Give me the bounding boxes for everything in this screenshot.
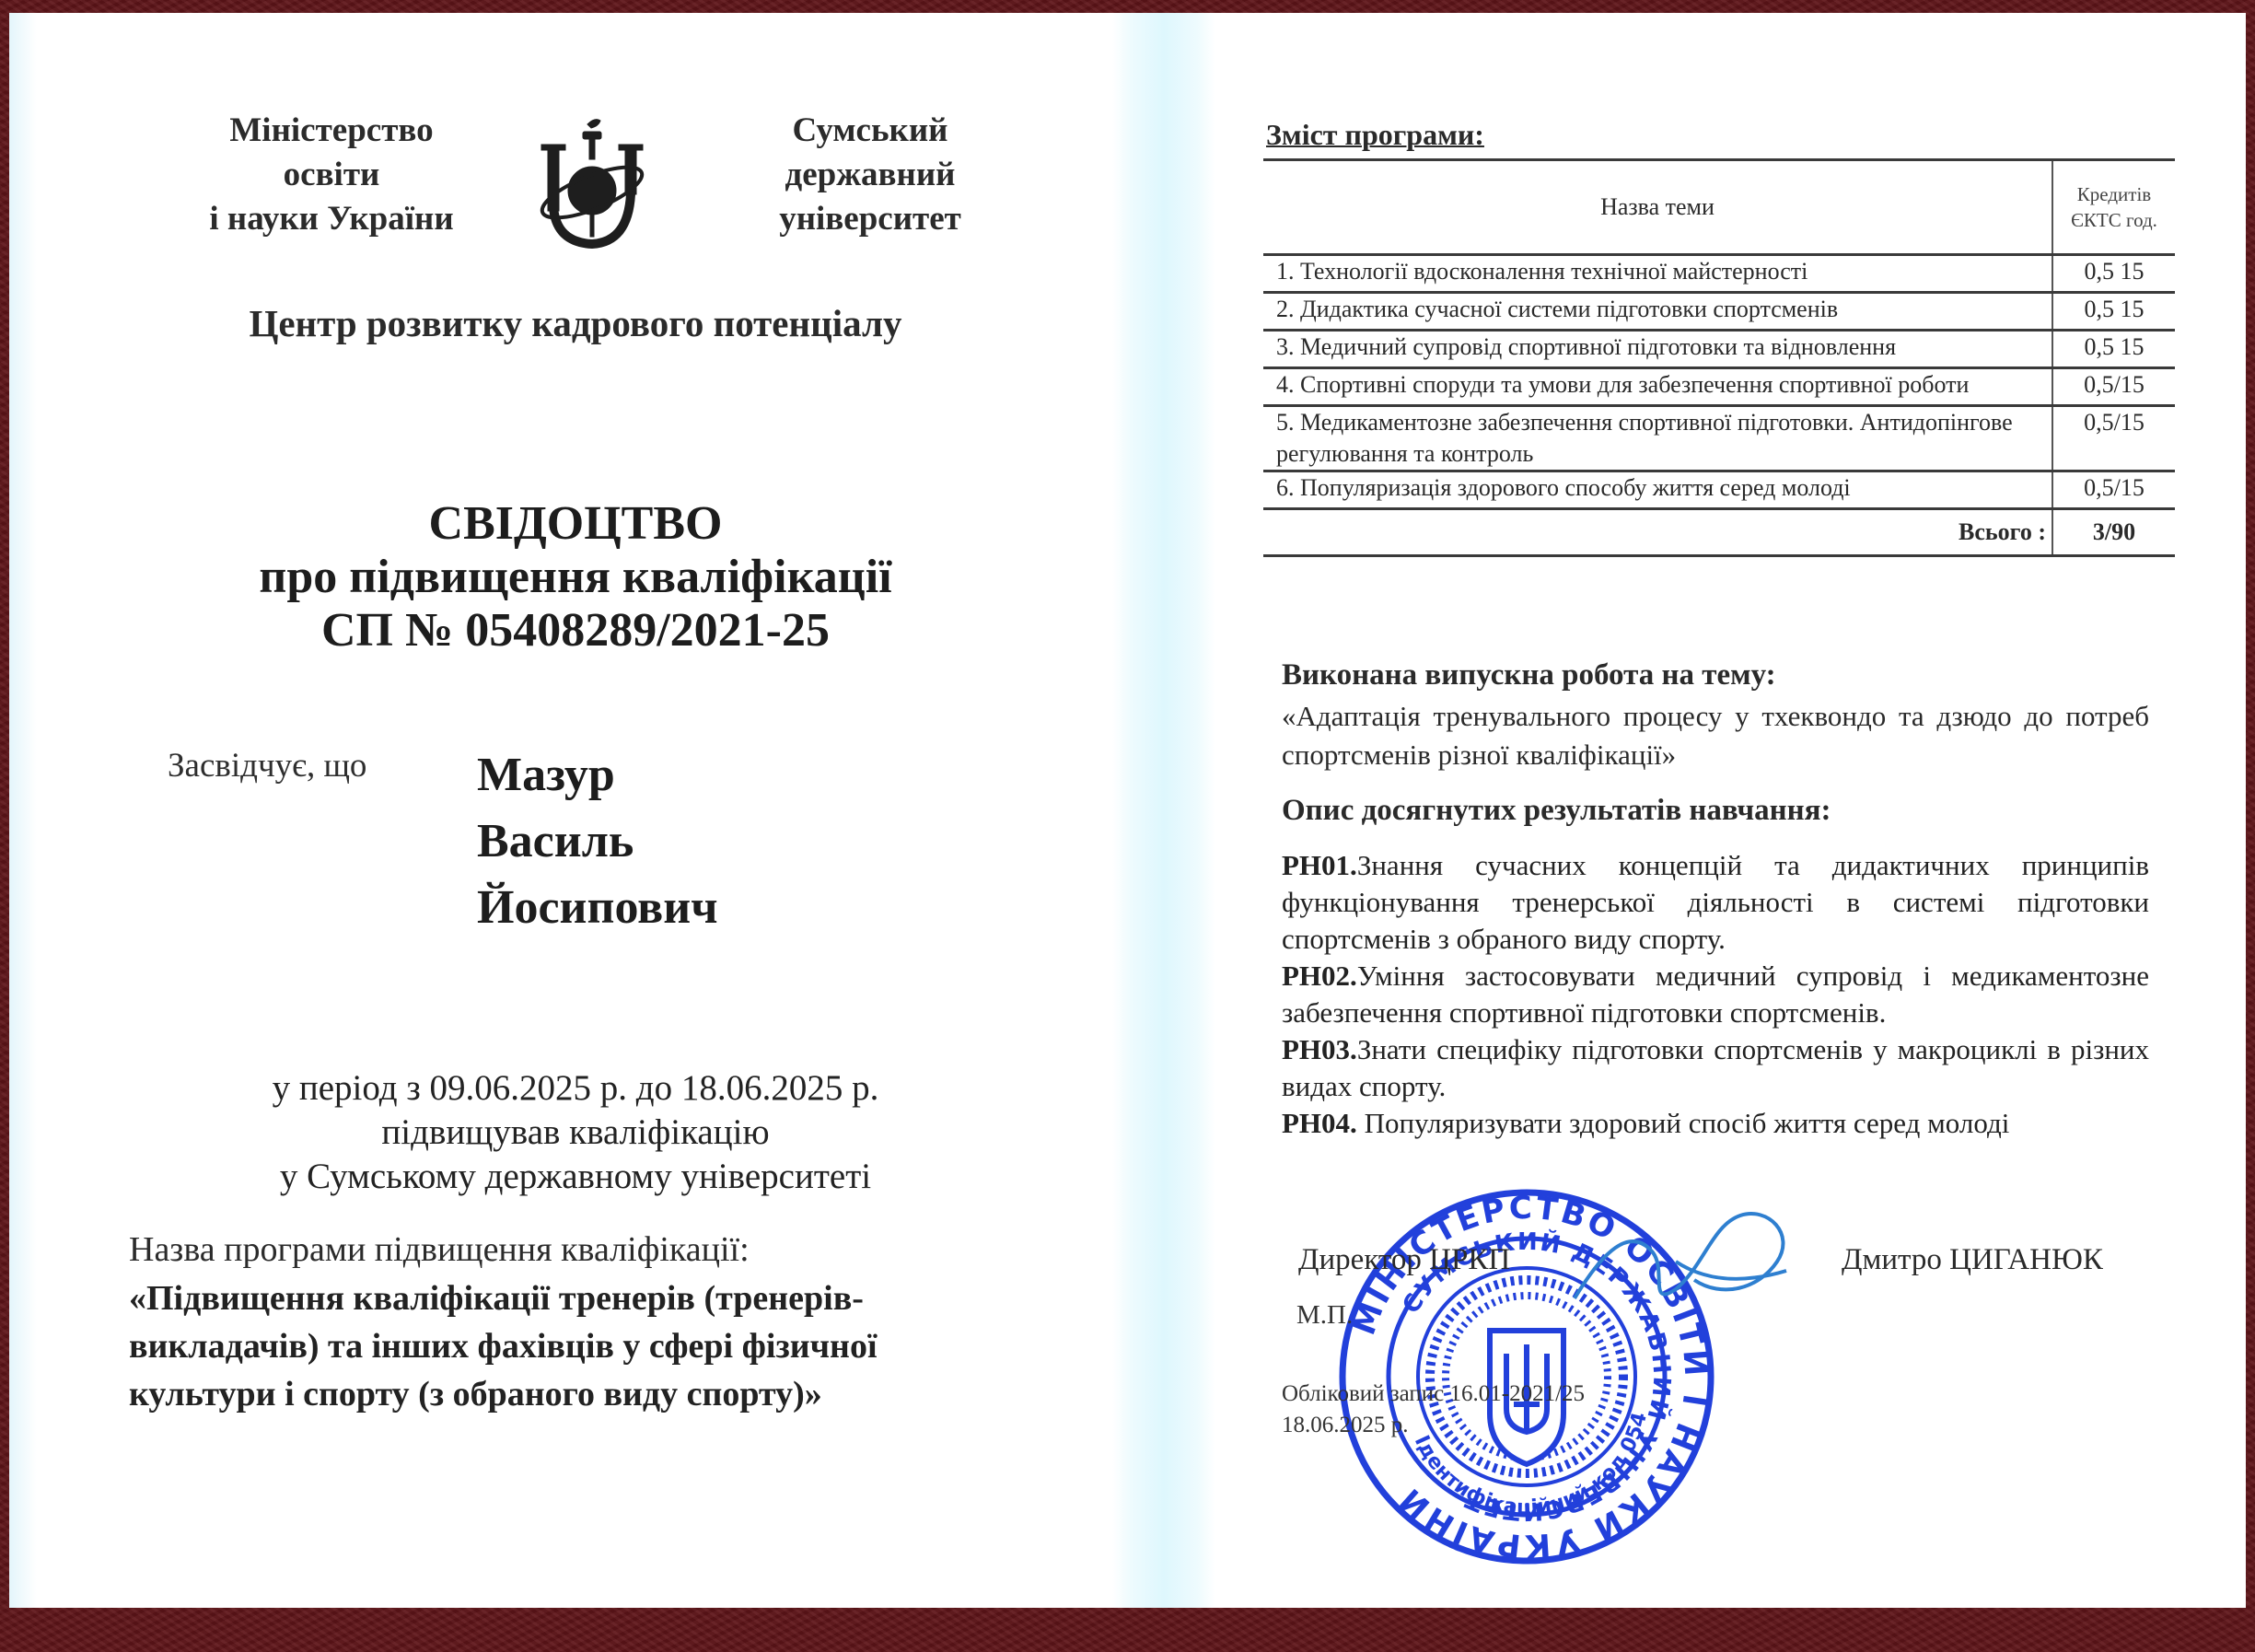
thesis-label: Виконана випускна робота на тему: (1282, 658, 1776, 692)
university-line: Сумський (727, 109, 1013, 153)
table-row: 2. Дидактика сучасної системи підготовки… (1263, 293, 2175, 331)
table-row: 5. Медикаментозне забезпечення спортивно… (1263, 406, 2175, 471)
signatory-name: Дмитро ЦИГАНЮК (1842, 1243, 2103, 1277)
result-item: РН04. Популяризувати здоровий спосіб жит… (1282, 1105, 2149, 1142)
table-header-row: Назва теми Кредитів ЄКТС год. (1263, 160, 2175, 255)
person-surname: Мазур (477, 742, 718, 809)
topic-cell: 1. Технології вдосконалення технічної ма… (1263, 255, 2052, 293)
credits-cell: 0,5 15 (2052, 331, 2175, 368)
result-code: РН04. (1282, 1107, 1357, 1139)
program-content-title: Зміст програми: (1266, 118, 1484, 152)
center-name: Центр розвитку кадрового потенціалу (138, 301, 1013, 345)
person-patronymic: Йосипович (477, 875, 718, 941)
credits-cell: 0,5/15 (2052, 406, 2175, 471)
signatory-role: Директор ЦРКП (1298, 1243, 1510, 1277)
table-row: 4. Спортивні споруди та умови для забезп… (1263, 368, 2175, 406)
results-label: Опис досягнутих результатів навчання: (1282, 794, 1831, 828)
ministry-header: Міністерство освіти і науки України (166, 109, 497, 241)
ministry-line: освіти (166, 153, 497, 197)
record-date: 18.06.2025 р. (1282, 1410, 1585, 1441)
record-number: Обліковий запис 16.01-2021/25 (1282, 1379, 1585, 1410)
total-value: 3/90 (2052, 509, 2175, 556)
period-dates: у період з 09.06.2025 р. до 18.06.2025 р… (166, 1066, 985, 1111)
period-action: підвищував кваліфікацію (166, 1111, 985, 1155)
table-row: 3. Медичний супровід спортивної підготов… (1263, 331, 2175, 368)
column-header-topic: Назва теми (1263, 160, 2052, 255)
topic-cell: 3. Медичний супровід спортивної підготов… (1263, 331, 2052, 368)
result-item: РН03.Знати специфіку підготовки спортсме… (1282, 1031, 2149, 1105)
result-text: Уміння застосовувати медичний супровід і… (1282, 960, 2149, 1029)
person-first-name: Василь (477, 809, 718, 875)
result-item: РН02.Уміння застосовувати медичний супро… (1282, 958, 2149, 1031)
certificate-title: СВІДОЦТВО про підвищення кваліфікації СП… (138, 497, 1013, 657)
program-label: Назва програми підвищення кваліфікації: (129, 1229, 750, 1270)
result-text: Знання сучасних концепцій та дидактичних… (1282, 849, 2149, 955)
topic-cell: 6. Популяризація здорового способу життя… (1263, 471, 2052, 509)
university-header: Сумський державний університет (727, 109, 1013, 241)
topic-cell: 4. Спортивні споруди та умови для забезп… (1263, 368, 2052, 406)
university-line: університет (727, 197, 1013, 241)
thesis-topic: «Адаптація тренувального процесу у тхекв… (1282, 697, 2149, 774)
certificate-heading: СВІДОЦТВО (138, 497, 1013, 551)
ministry-line: Міністерство (166, 109, 497, 153)
column-header-credits: Кредитів ЄКТС год. (2052, 160, 2175, 255)
university-line: державний (727, 153, 1013, 197)
page-edge-shadow (9, 13, 37, 1608)
ministry-line: і науки України (166, 197, 497, 241)
seal-place-label: М.П. (1296, 1300, 1353, 1331)
result-item: РН01.Знання сучасних концепцій та дидакт… (1282, 847, 2149, 958)
certificate-subheading: про підвищення кваліфікації (138, 551, 1013, 604)
table-total-row: Всього : 3/90 (1263, 509, 2175, 556)
record-info: Обліковий запис 16.01-2021/25 18.06.2025… (1282, 1379, 1585, 1441)
person-name: Мазур Василь Йосипович (477, 742, 718, 941)
result-text: Знати специфіку підготовки спортсменів у… (1282, 1033, 2149, 1102)
training-period: у період з 09.06.2025 р. до 18.06.2025 р… (166, 1066, 985, 1199)
certificate-number: СП № 05408289/2021-25 (138, 604, 1013, 657)
credits-cell: 0,5 15 (2052, 293, 2175, 331)
result-text: Популяризувати здоровий спосіб життя сер… (1357, 1107, 2010, 1139)
table-row: 6. Популяризація здорового способу життя… (1263, 471, 2175, 509)
learning-results: РН01.Знання сучасних концепцій та дидакт… (1282, 847, 2149, 1142)
topic-cell: 2. Дидактика сучасної системи підготовки… (1263, 293, 2052, 331)
credits-cell: 0,5/15 (2052, 368, 2175, 406)
credits-cell: 0,5 15 (2052, 255, 2175, 293)
university-logo-icon (532, 115, 652, 249)
topic-cell: 5. Медикаментозне забезпечення спортивно… (1263, 406, 2052, 471)
center-fold (1112, 13, 1215, 1608)
credits-cell: 0,5/15 (2052, 471, 2175, 509)
period-institution: у Сумському державному університеті (166, 1155, 985, 1199)
table-row: 1. Технології вдосконалення технічної ма… (1263, 255, 2175, 293)
program-table: Назва теми Кредитів ЄКТС год. 1. Техноло… (1263, 158, 2175, 557)
program-name: «Підвищення кваліфікації тренерів (трене… (129, 1274, 1004, 1418)
director-signature (1565, 1197, 1805, 1326)
total-label: Всього : (1263, 509, 2052, 556)
certifies-label: Засвідчує, що (168, 746, 366, 785)
result-code: РН03. (1282, 1033, 1357, 1065)
result-code: РН01. (1282, 849, 1357, 881)
result-code: РН02. (1282, 960, 1357, 992)
